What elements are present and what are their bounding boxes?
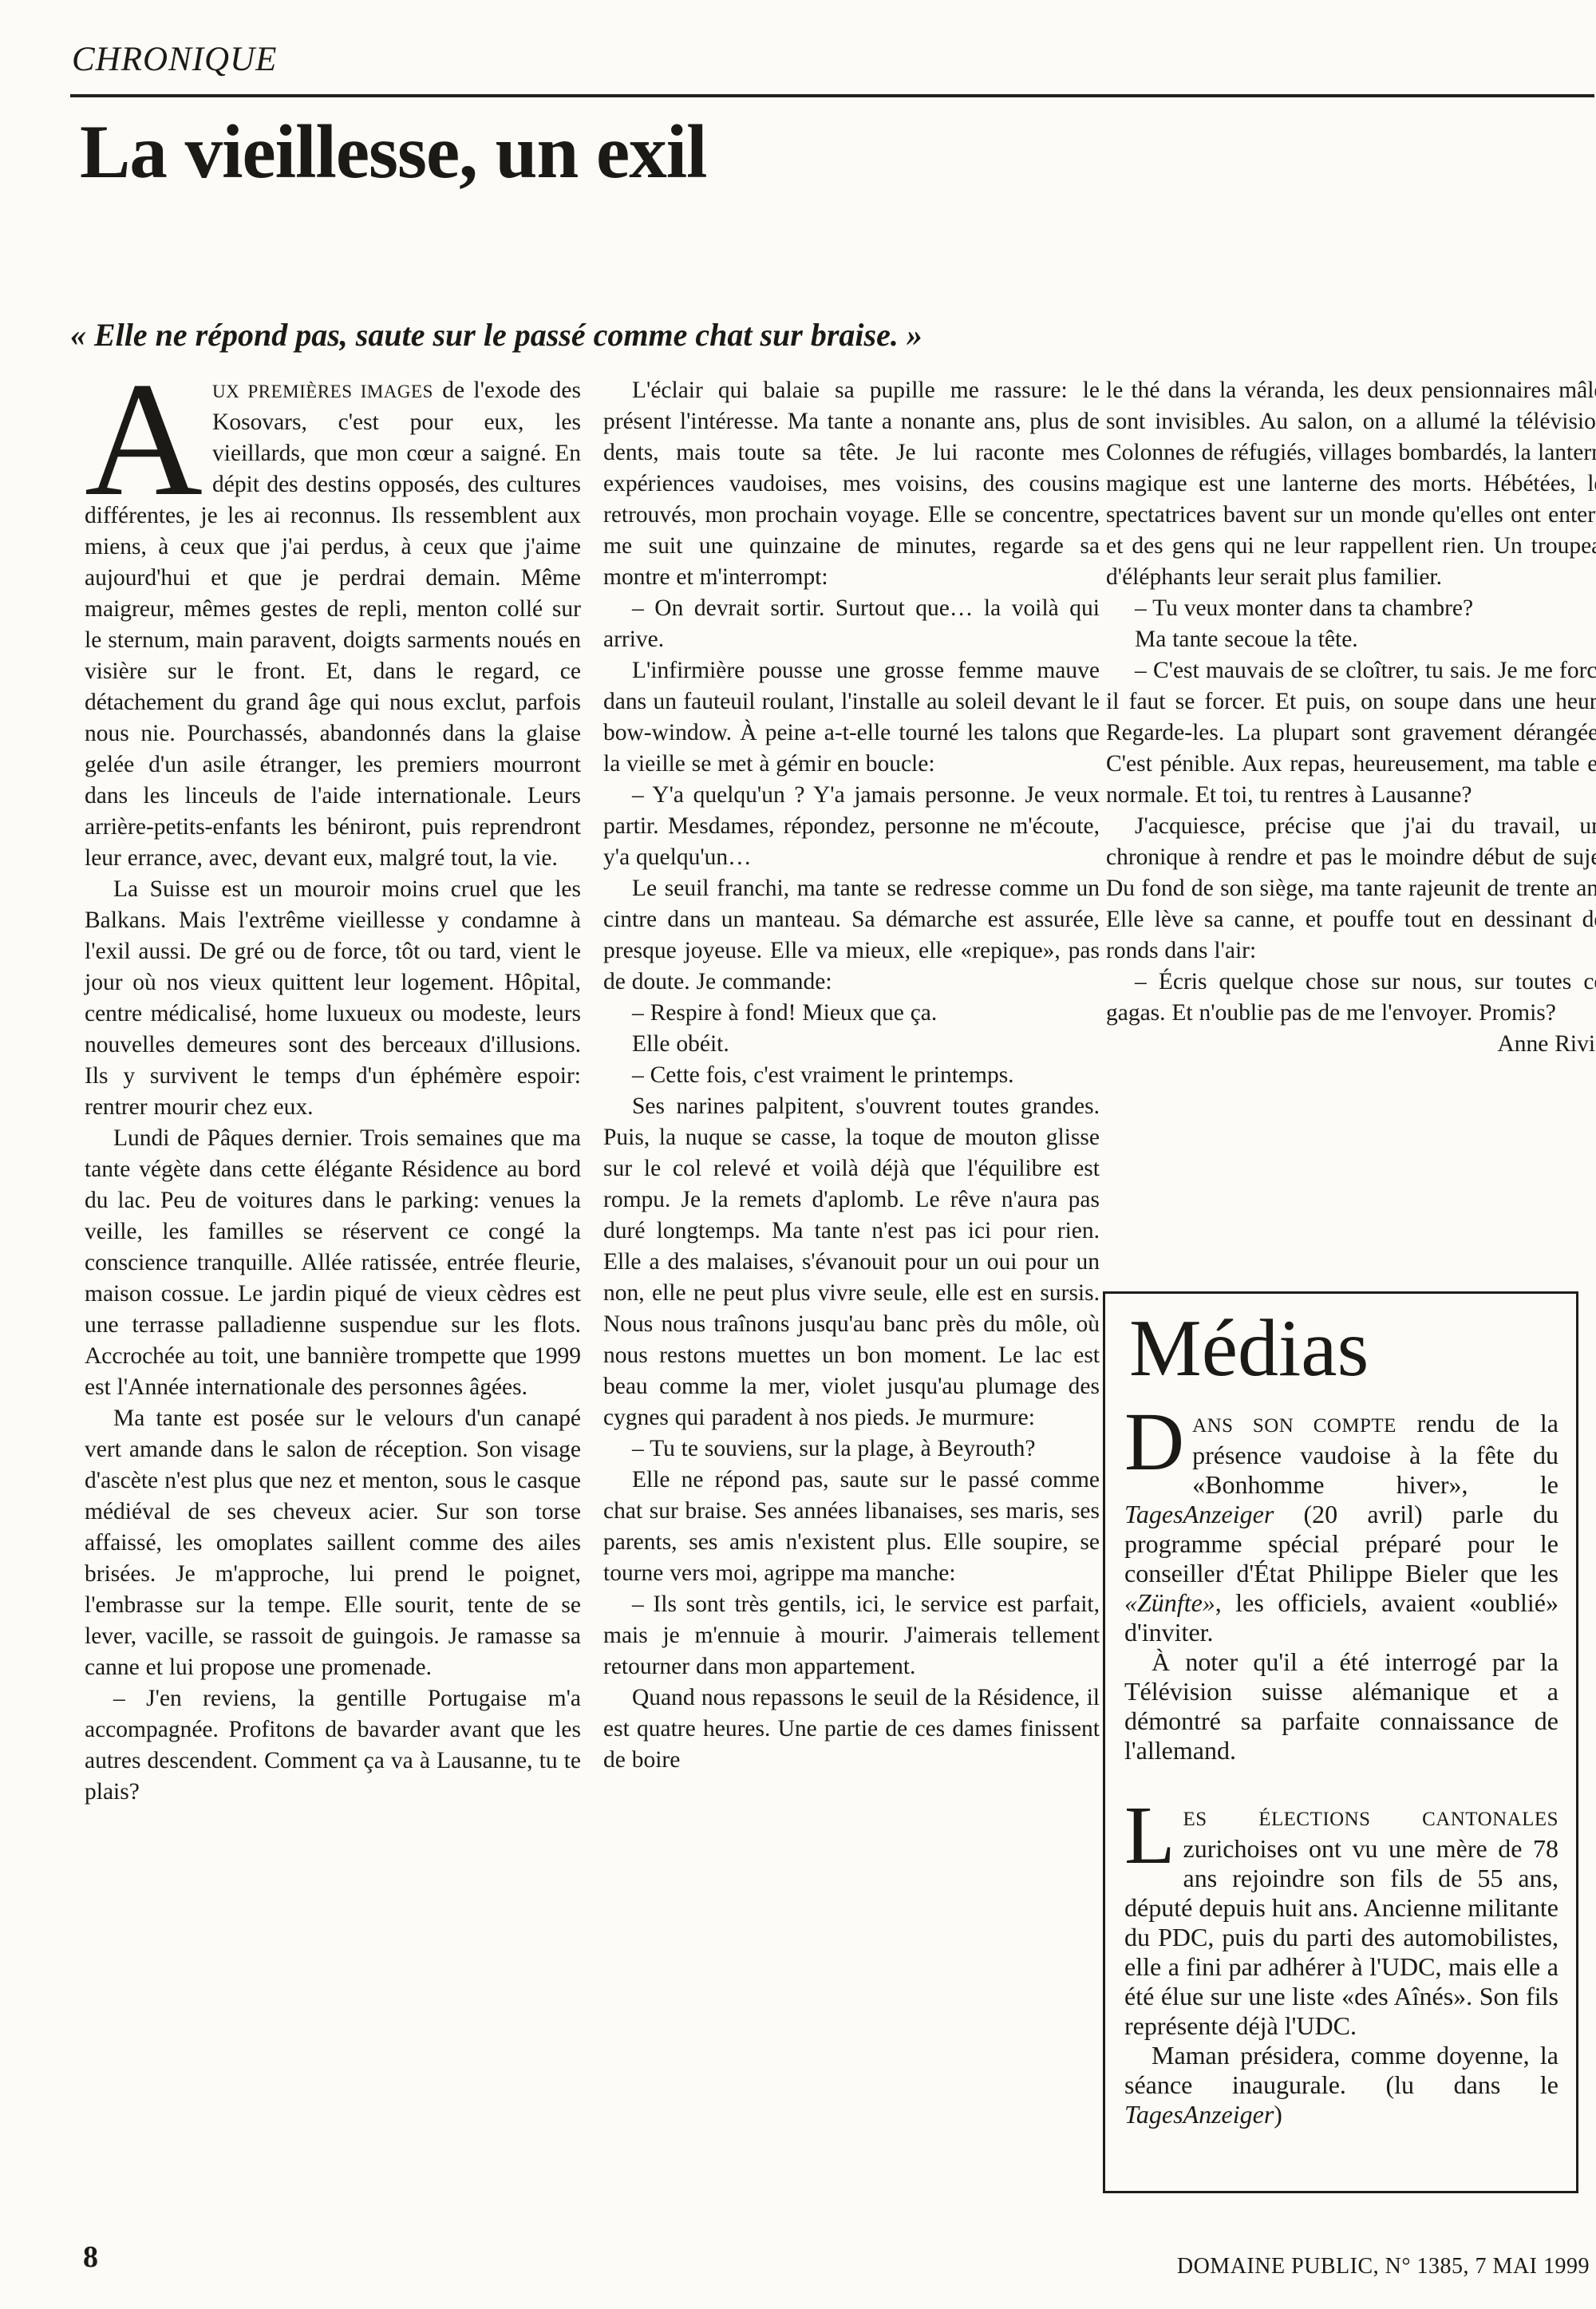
article-column-3: le thé dans la véranda, les deux pension… xyxy=(1106,375,1596,1060)
page-number: 8 xyxy=(83,2240,98,2275)
paragraph: – C'est mauvais de se cloîtrer, tu sais.… xyxy=(1106,655,1596,811)
paragraph: La Suisse est un mouroir moins cruel que… xyxy=(85,874,581,1123)
paragraph: – Cette fois, c'est vraiment le printemp… xyxy=(603,1060,1100,1091)
paragraph: – On devrait sortir. Surtout que… la voi… xyxy=(603,593,1100,655)
medias-box: Médias DANS SON COMPTE rendu de la prése… xyxy=(1103,1291,1578,2193)
journal-name: TagesAnzeiger xyxy=(1124,2100,1274,2129)
article-column-1: AUX PREMIÈRES IMAGES de l'exode des Koso… xyxy=(85,375,581,1808)
dropcap-letter: D xyxy=(1124,1409,1192,1473)
paragraph: Ses narines palpitent, s'ouvrent toutes … xyxy=(603,1091,1100,1433)
medias-paragraph: LES ÉLECTIONS CANTONALES zurichoises ont… xyxy=(1124,1802,1558,2041)
paragraph: Quand nous repassons le seuil de la Rési… xyxy=(603,1682,1100,1776)
kicker-rule xyxy=(70,94,1594,97)
medias-smallcaps: ES ÉLECTIONS CANTONALES xyxy=(1183,1809,1558,1830)
paragraph: – Tu te souviens, sur la plage, à Beyrou… xyxy=(603,1433,1100,1465)
article-title: La vieillesse, un exil xyxy=(80,110,707,194)
journal-name: TagesAnzeiger xyxy=(1124,1500,1274,1528)
newspaper-page: CHRONIQUE La vieillesse, un exil « Elle … xyxy=(0,0,1596,2309)
author-signature: Anne Rivier xyxy=(1452,1029,1596,1060)
article-column-2: L'éclair qui balaie sa pupille me rassur… xyxy=(603,375,1100,1776)
medias-paragraph: À noter qu'il a été interrogé par la Tél… xyxy=(1124,1647,1558,1765)
paragraph: – J'en reviens, la gentille Portugaise m… xyxy=(85,1683,581,1808)
medias-box-title: Médias xyxy=(1129,1308,1558,1390)
medias-text: zurichoises ont vu une mère de 78 ans re… xyxy=(1124,1834,1558,2040)
paragraph: Elle ne répond pas, saute sur le passé c… xyxy=(603,1465,1100,1589)
dropcap-letter: A xyxy=(85,375,212,500)
paragraph: – Respire à fond! Mieux que ça. xyxy=(603,998,1100,1029)
paragraph: L'infirmière pousse une grosse femme mau… xyxy=(603,655,1100,780)
lead-paragraph: AUX PREMIÈRES IMAGES de l'exode des Koso… xyxy=(85,375,581,874)
article-subtitle-quote: « Elle ne répond pas, saute sur le passé… xyxy=(70,316,922,354)
paragraph: L'éclair qui balaie sa pupille me rassur… xyxy=(603,375,1100,593)
paragraph: Ma tante est posée sur le velours d'un c… xyxy=(85,1403,581,1683)
medias-text: ) xyxy=(1274,2100,1282,2129)
paragraph: – Ils sont très gentils, ici, le service… xyxy=(603,1589,1100,1682)
paragraph: – Tu veux monter dans ta chambre? xyxy=(1106,593,1596,624)
medias-text: Maman présidera, comme doyenne, la séanc… xyxy=(1124,2041,1558,2099)
paragraph: Elle obéit. xyxy=(603,1029,1100,1060)
paragraph: Le seuil franchi, ma tante se redresse c… xyxy=(603,873,1100,998)
paragraph: Ma tante secoue la tête. xyxy=(1106,624,1596,655)
paragraph: Lundi de Pâques dernier. Trois semaines … xyxy=(85,1123,581,1403)
dropcap-letter: L xyxy=(1124,1802,1183,1866)
closing-paragraph: – Écris quelque chose sur nous, sur tout… xyxy=(1106,967,1596,1029)
issue-footer: DOMAINE PUBLIC, N° 1385, 7 MAI 1999 xyxy=(1177,2254,1590,2279)
closing-text: – Écris quelque chose sur nous, sur tout… xyxy=(1106,969,1596,1026)
medias-paragraph: DANS SON COMPTE rendu de la présence vau… xyxy=(1124,1409,1558,1647)
paragraph: – Y'a quelqu'un ? Y'a jamais personne. J… xyxy=(603,780,1100,873)
medias-smallcaps: ANS SON COMPTE xyxy=(1192,1415,1396,1437)
paragraph: J'acquiesce, précise que j'ai du travail… xyxy=(1106,811,1596,967)
section-kicker: CHRONIQUE xyxy=(72,40,277,79)
lead-smallcaps: UX PREMIÈRES IMAGES xyxy=(212,381,433,401)
foreign-word: «Zünfte» xyxy=(1124,1588,1215,1617)
paragraph: le thé dans la véranda, les deux pension… xyxy=(1106,375,1596,593)
medias-paragraph: Maman présidera, comme doyenne, la séanc… xyxy=(1124,2041,1558,2129)
